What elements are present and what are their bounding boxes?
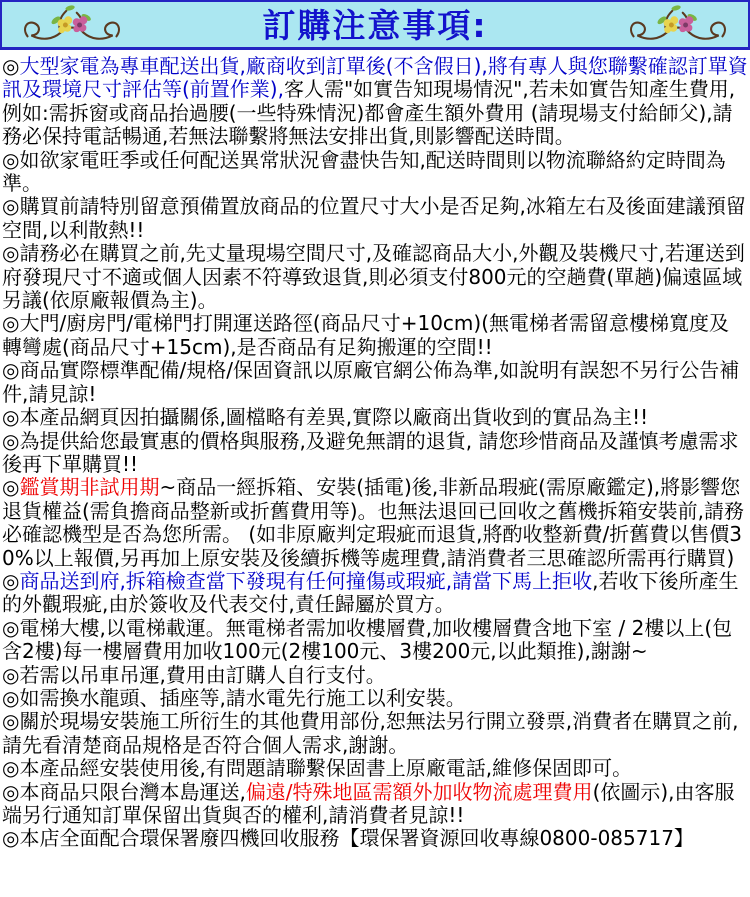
notice-text-segment: ◎本產品網頁因拍攝關係,圖檔略有差異,實際以廠商出貨收到的實品為主!! (2, 405, 648, 429)
notice-text-segment: ◎ (2, 54, 19, 78)
notice-text-segment: 鑑賞期非試用期 (19, 475, 159, 499)
notice-paragraph: ◎電梯大樓,以電梯載運。無電梯者需加收樓層費,加收樓層費含地下室 / 2樓以上(… (2, 617, 748, 664)
notice-paragraph: ◎如欲家電旺季或任何配送異常狀況會盡快告知,配送時間則以物流聯絡約定時間為準。 (2, 149, 748, 196)
notice-paragraph: ◎本商品只限台灣本島運送,偏遠/特殊地區需額外加收物流處理費用(依圖示),由客服… (2, 781, 748, 828)
notice-text-segment: ◎如需換水龍頭、插座等,請水電先行施工以利安裝。 (2, 686, 466, 710)
notice-text-segment: ◎本產品經安裝使用後,有問題請聯繫保固書上原廠電話,維修保固即可。 (2, 756, 632, 780)
notice-paragraph: ◎商品實際標準配備/規格/保固資訊以原廠官網公佈為準,如說明有誤恕不另行公告補件… (2, 359, 748, 406)
notice-text-segment: 偏遠/特殊地區需額外加收物流處理費用 (246, 780, 593, 804)
notice-page: 訂購注意事項: (0, 0, 750, 897)
notice-text-segment: ◎請務必在購買之前,先丈量現場空間尺寸,及確認商品大小,外觀及裝機尺寸,若運送到… (2, 241, 745, 312)
notice-text-segment: ◎關於現場安裝施工所衍生的其他費用部份,恕無法另行開立發票,消費者在購買之前,請… (2, 709, 739, 756)
notice-list: ◎大型家電為專車配送出貨,廠商收到訂單後(不含假日),將有專人與您聯繫確認訂單資… (0, 50, 750, 851)
notice-paragraph: ◎關於現場安裝施工所衍生的其他費用部份,恕無法另行開立發票,消費者在購買之前,請… (2, 710, 748, 757)
notice-paragraph: ◎大門/廚房門/電梯門打開運送路徑(商品尺寸+10cm)(無電梯者需留意樓梯寬度… (2, 312, 748, 359)
notice-paragraph: ◎鑑賞期非試用期~商品一經拆箱、安裝(插電)後,非新品瑕疵(需原廠鑑定),將影響… (2, 476, 748, 570)
page-title: 訂購注意事項: (2, 3, 748, 49)
notice-paragraph: ◎請務必在購買之前,先丈量現場空間尺寸,及確認商品大小,外觀及裝機尺寸,若運送到… (2, 242, 748, 312)
notice-text-segment: ◎如欲家電旺季或任何配送異常狀況會盡快告知,配送時間則以物流聯絡約定時間為準。 (2, 148, 726, 195)
notice-text-segment: ◎大門/廚房門/電梯門打開運送路徑(商品尺寸+10cm)(無電梯者需留意樓梯寬度… (2, 311, 729, 358)
notice-paragraph: ◎為提供給您最實惠的價格與服務,及避免無謂的退貨, 請您珍惜商品及謹慎考慮需求後… (2, 430, 748, 477)
notice-text-segment: ◎ (2, 569, 19, 593)
header-banner: 訂購注意事項: (0, 0, 750, 50)
notice-paragraph: ◎本產品網頁因拍攝關係,圖檔略有差異,實際以廠商出貨收到的實品為主!! (2, 406, 748, 429)
notice-paragraph: ◎本產品經安裝使用後,有問題請聯繫保固書上原廠電話,維修保固即可。 (2, 757, 748, 780)
notice-paragraph: ◎若需以吊車吊運,費用由訂購人自行支付。 (2, 664, 748, 687)
notice-text-segment: ◎ (2, 475, 19, 499)
notice-text-segment: ◎若需以吊車吊運,費用由訂購人自行支付。 (2, 663, 386, 687)
notice-text-segment: ◎本商品只限台灣本島運送, (2, 780, 246, 804)
notice-text-segment: ◎購買前請特別留意預備置放商品的位置尺寸大小是否足夠,冰箱左右及後面建議預留空間… (2, 194, 746, 241)
notice-paragraph: ◎如需換水龍頭、插座等,請水電先行施工以利安裝。 (2, 687, 748, 710)
notice-paragraph: ◎大型家電為專車配送出貨,廠商收到訂單後(不含假日),將有專人與您聯繫確認訂單資… (2, 55, 748, 149)
notice-paragraph: ◎購買前請特別留意預備置放商品的位置尺寸大小是否足夠,冰箱左右及後面建議預留空間… (2, 195, 748, 242)
notice-text-segment: ◎電梯大樓,以電梯載運。無電梯者需加收樓層費,加收樓層費含地下室 / 2樓以上(… (2, 616, 732, 663)
notice-text-segment: ◎商品實際標準配備/規格/保固資訊以原廠官網公佈為準,如說明有誤恕不另行公告補件… (2, 358, 739, 405)
notice-paragraph: ◎商品送到府,拆箱檢查當下發現有任何撞傷或瑕疵,請當下馬上拒收,若收下後所產生的… (2, 570, 748, 617)
notice-paragraph: ◎本店全面配合環保署廢四機回收服務【環保署資源回收專線0800-085717】 (2, 827, 748, 850)
notice-text-segment: 商品送到府,拆箱檢查當下發現有任何撞傷或瑕疵,請當下馬上拒收 (19, 569, 592, 593)
notice-text-segment: ◎為提供給您最實惠的價格與服務,及避免無謂的退貨, 請您珍惜商品及謹慎考慮需求後… (2, 429, 739, 476)
notice-text-segment: ◎本店全面配合環保署廢四機回收服務【環保署資源回收專線0800-085717】 (2, 826, 694, 850)
